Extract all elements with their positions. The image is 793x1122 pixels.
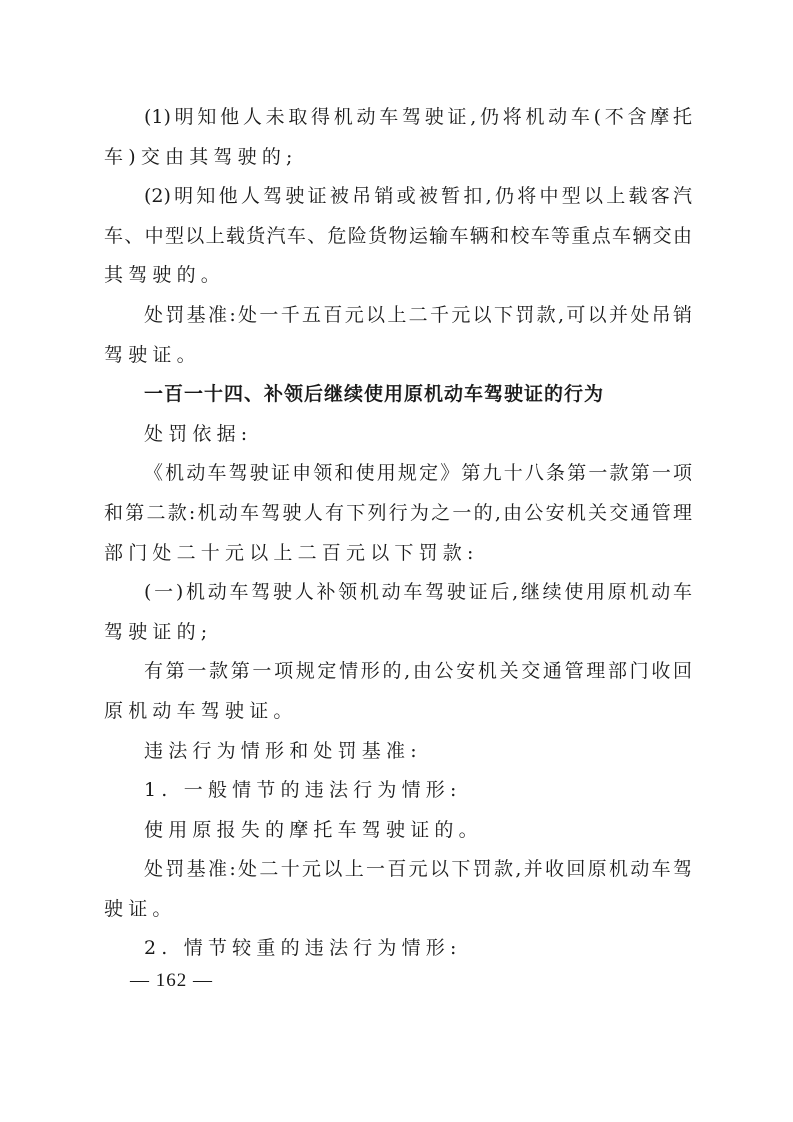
paragraph-line: 《机动车驾驶证申领和使用规定》第九十八条第一款第一项	[104, 459, 692, 499]
paragraph-line: 车、中型以上载货汽车、危险货物运输车辆和校车等重点车辆交由	[104, 222, 692, 262]
paragraph-line: 处罚依据:	[104, 420, 692, 460]
page-number: — 162 —	[130, 970, 213, 992]
paragraph-line: (1)明知他人未取得机动车驾驶证,仍将机动车(不含摩托	[104, 103, 692, 143]
paragraph-line: 原机动车驾驶证。	[104, 697, 692, 737]
paragraph-line: (2)明知他人驾驶证被吊销或被暂扣,仍将中型以上载客汽	[104, 182, 692, 222]
section-heading: 一百一十四、补领后继续使用原机动车驾驶证的行为	[104, 380, 692, 420]
paragraph-line: 违法行为情形和处罚基准:	[104, 737, 692, 777]
paragraph-line: 驶证。	[104, 895, 692, 935]
paragraph-line: 部门处二十元以上二百元以下罚款:	[104, 539, 692, 579]
paragraph-line: 和第二款:机动车驾驶人有下列行为之一的,由公安机关交通管理	[104, 499, 692, 539]
paragraph-line: 驾驶证的;	[104, 618, 692, 658]
paragraph-line: 2. 情节较重的违法行为情形:	[104, 934, 692, 974]
document-body: (1)明知他人未取得机动车驾驶证,仍将机动车(不含摩托 车)交由其驾驶的; (2…	[104, 103, 692, 974]
paragraph-line: 驾驶证。	[104, 341, 692, 381]
paragraph-line: 其驾驶的。	[104, 261, 692, 301]
paragraph-line: 有第一款第一项规定情形的,由公安机关交通管理部门收回	[104, 657, 692, 697]
paragraph-line: 处罚基准:处一千五百元以上二千元以下罚款,可以并处吊销	[104, 301, 692, 341]
paragraph-line: 车)交由其驾驶的;	[104, 143, 692, 183]
paragraph-line: 处罚基准:处二十元以上一百元以下罚款,并收回原机动车驾	[104, 855, 692, 895]
paragraph-line: 使用原报失的摩托车驾驶证的。	[104, 816, 692, 856]
paragraph-line: (一)机动车驾驶人补领机动车驾驶证后,继续使用原机动车	[104, 578, 692, 618]
paragraph-line: 1. 一般情节的违法行为情形:	[104, 776, 692, 816]
